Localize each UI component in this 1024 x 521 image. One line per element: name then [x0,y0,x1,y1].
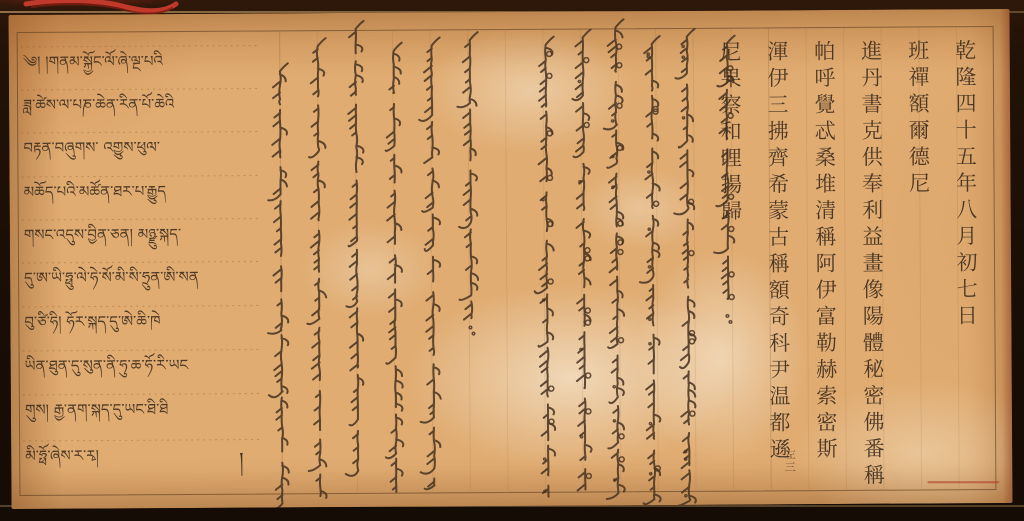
chinese-column: 帕呼覺忒桑堆清稱阿伊富勒赫索密斯 [809,40,842,500]
manchu-text-column [638,36,662,504]
chinese-column: 班禪額爾德尼 [903,39,936,499]
script-diacritic-marks [682,45,695,497]
manchu-text-column [603,19,626,499]
chinese-column: 渾伊三拂齊希蒙古稱額奇科尹温都遜 [762,40,795,500]
chinese-column: 乾隆四十五年八月初七日 [950,39,983,499]
manchu-text-column [533,37,556,497]
manuscript-paper: ༄། །གནམ་སྐྱོང་ལོ་ཞེ་ལྔ་པའིཟླ་ཚེས་ལ་པཎ་ཆེ… [9,9,1013,509]
manchu-text-column [673,29,697,506]
chinese-column: 尼果察和哩揚歸 [715,41,748,501]
red-ink-mark [927,481,999,483]
chinese-text-section: 乾隆四十五年八月初七日班禪額爾德尼進丹書克供奉利益畫像陽體秘密佛番稱帕呼覺忒桑堆… [698,39,983,501]
panel-number-note: 左三 [781,448,797,474]
chinese-column: 進丹書克供奉利益畫像陽體秘密佛番稱 [856,40,889,500]
photo-of-manuscript: ༄། །གནམ་སྐྱོང་ལོ་ཞེ་ལྔ་པའིཟླ་ཚེས་ལ་པཎ་ཆེ… [0,0,1024,521]
